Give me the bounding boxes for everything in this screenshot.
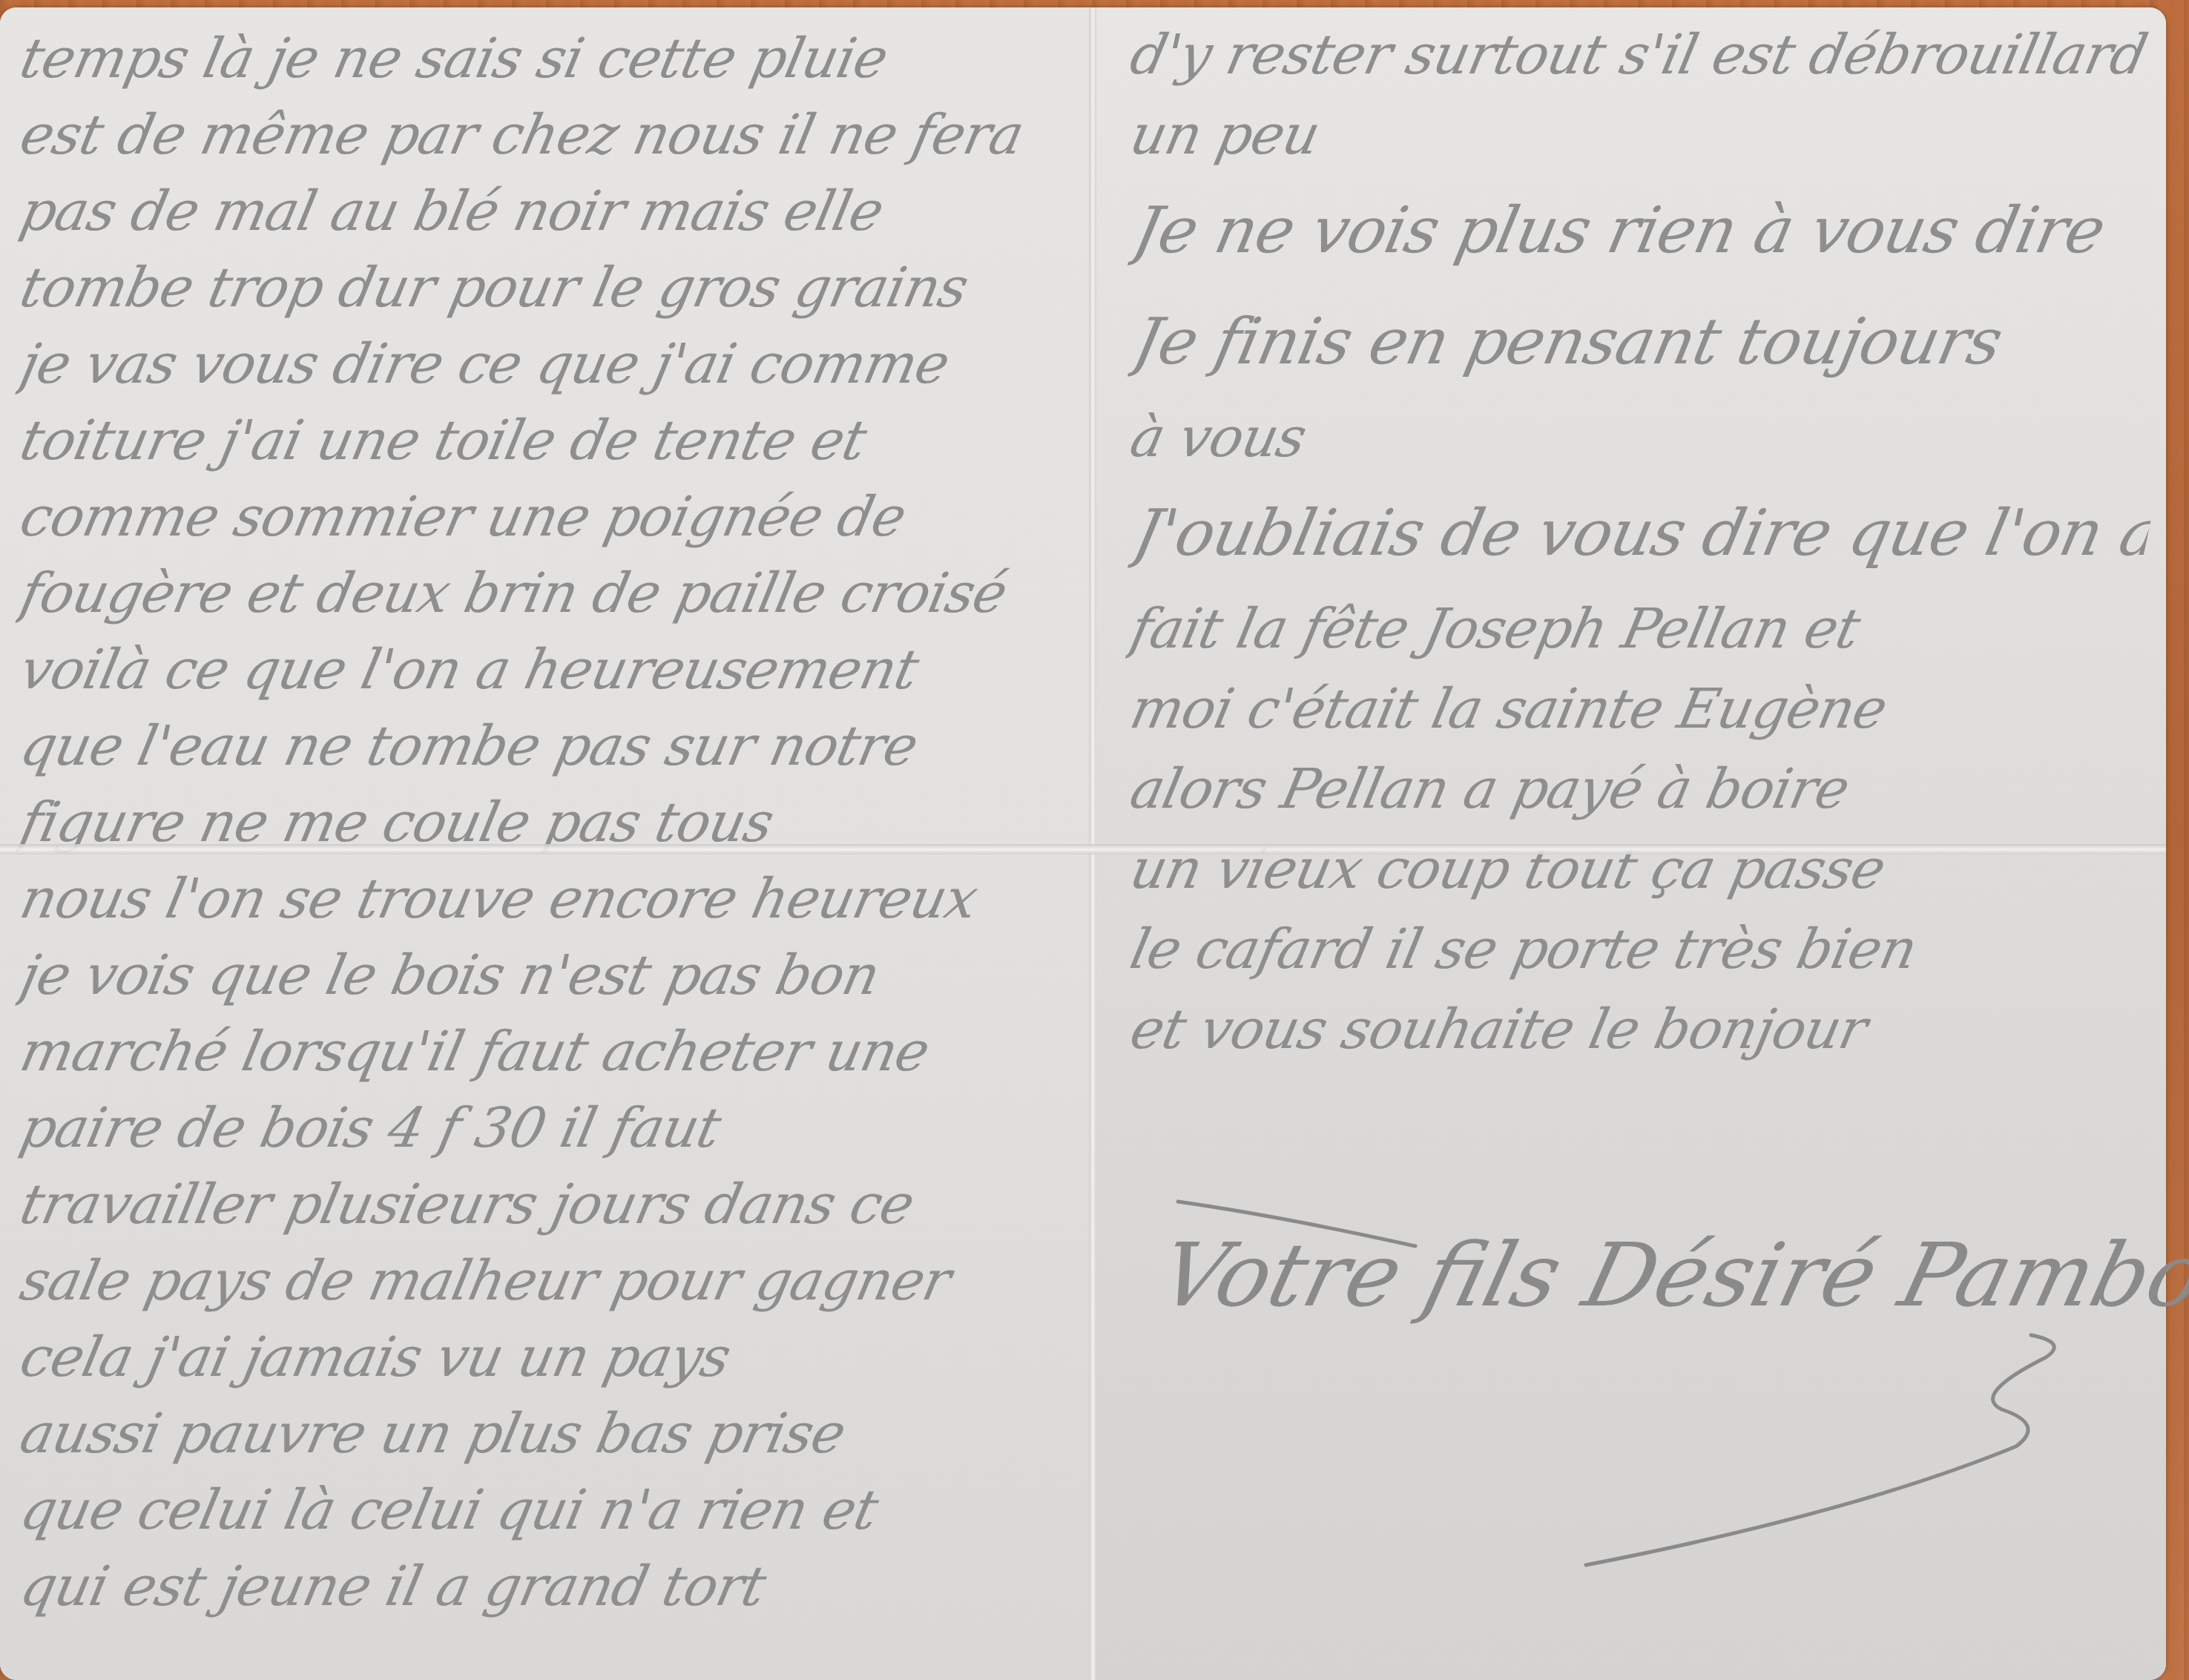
letter-line: pas de mal au blé noir mais elle [13,174,1077,250]
letter-line: que l'eau ne tombe pas sur notre [13,708,1077,785]
letter-line: Je ne vois plus rien à vous dire [1123,175,2160,286]
letter-line: sale pays de malheur pour gagner [13,1243,1077,1320]
letter-line: je vois que le bois n'est pas bon [13,938,1077,1014]
letter-line: un vieux coup tout ça passe [1123,829,2153,909]
letter-line: que celui là celui qui n'a rien et [13,1472,1077,1549]
letter-line: comme sommier une poignée de [13,479,1077,556]
letter-line: travailler plusieurs jours dans ce [13,1167,1077,1243]
letter-line: et vous souhaite le bonjour [1123,989,2153,1070]
letter-line: Je finis en pensant toujours [1123,286,2160,398]
letter-line: le cafard il se porte très bien [1123,909,2153,989]
letter-line: est de même par chez nous il ne fera [13,97,1077,174]
letter-line: voilà ce que l'on a heureusement [13,632,1077,708]
letter-line: moi c'était la sainte Eugène [1123,669,2153,749]
right-page-text: d'y rester surtout s'il est débrouillard… [1096,15,2166,1070]
signature-flourish-icon [1556,1328,2090,1572]
letter-line: marché lorsqu'il faut acheter une [13,1014,1077,1090]
signature: Votre fils Désiré Pambour [1151,1224,2189,1326]
letter-line: toiture j'ai une toile de tente et [13,403,1077,479]
letter-line: paire de bois 4 f 30 il faut [13,1090,1077,1167]
letter-line: qui est jeune il a grand tort [13,1549,1077,1625]
letter-line: d'y rester surtout s'il est débrouillard [1123,15,2153,95]
letter-line: nous l'on se trouve encore heureux [13,861,1077,938]
letter-line: J'oubliais de vous dire que l'on a [1123,478,2160,589]
letter-line: tombe trop dur pour le gros grains [13,250,1077,326]
letter-line: alors Pellan a payé à boire [1123,749,2153,829]
letter-sheet: temps là je ne sais si cette pluie est d… [0,7,2166,1680]
letter-line: temps là je ne sais si cette pluie [13,21,1077,97]
letter-line: un peu [1123,95,2153,175]
letter-line: fougère et deux brin de paille croisé [13,556,1077,632]
left-page-text: temps là je ne sais si cette pluie est d… [0,21,1090,1625]
letter-line: je vas vous dire ce que j'ai comme [13,326,1077,403]
horizontal-fold-crease [0,844,2166,854]
letter-line: à vous [1123,398,2153,478]
letter-line: cela j'ai jamais vu un pays [13,1320,1077,1396]
letter-line: aussi pauvre un plus bas prise [13,1396,1077,1472]
letter-line: fait la fête Joseph Pellan et [1123,589,2153,669]
